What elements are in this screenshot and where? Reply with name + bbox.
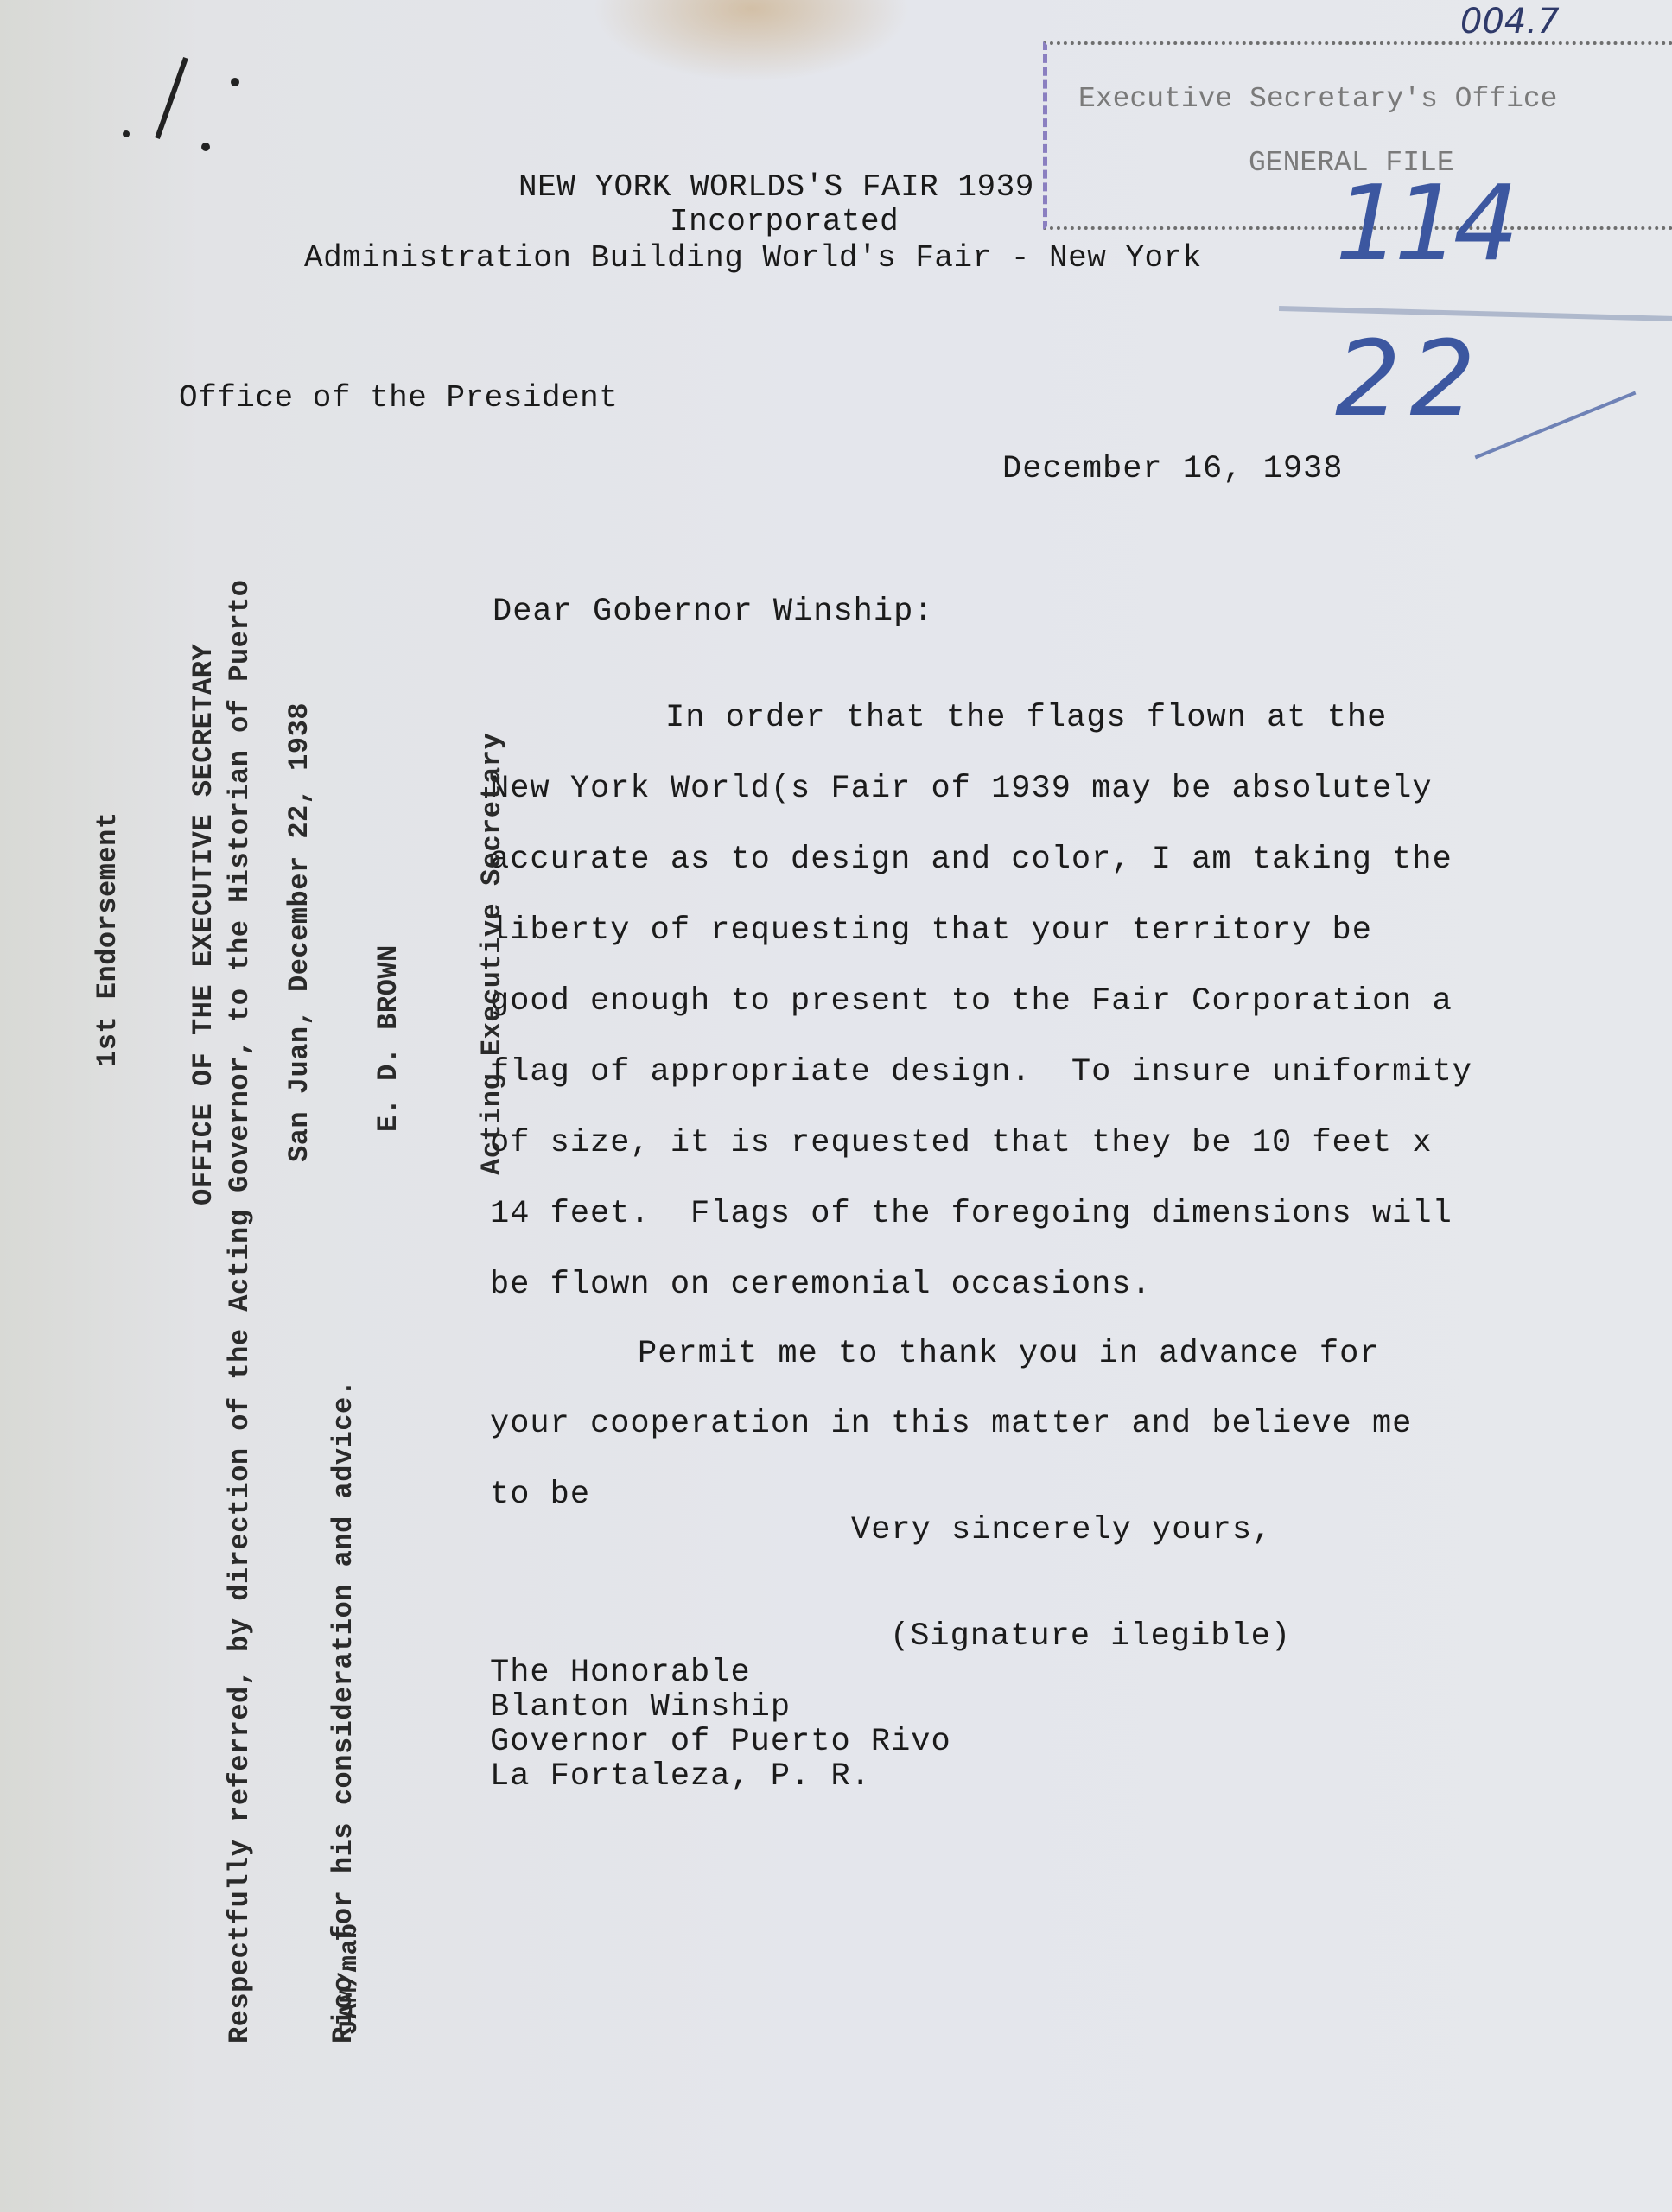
closing-line: Permit me to thank you in advance for bbox=[638, 1336, 1380, 1372]
body-line: flag of appropriate design. To insure un… bbox=[490, 1054, 1472, 1090]
signature: (Signature ilegible) bbox=[890, 1618, 1291, 1655]
signer-wrap: E. D. BROWN Acting Executive Secretary bbox=[302, 733, 544, 1175]
closing-line: to be bbox=[490, 1477, 590, 1513]
body-line: New York World(s Fair of 1939 may be abs… bbox=[490, 771, 1433, 807]
address-line: La Fortaleza, P. R. bbox=[490, 1758, 871, 1795]
signer-title: Acting Executive Secretary bbox=[475, 733, 510, 1175]
stamp-office: Executive Secretary's Office bbox=[1078, 83, 1558, 115]
letterhead-incorporated: Incorporated bbox=[670, 204, 899, 239]
endorsement-title: 1st Endorsement bbox=[92, 644, 124, 1205]
referral-line: Respectfully referred, by direction of t… bbox=[223, 580, 257, 2044]
body-line: liberty of requesting that your territor… bbox=[490, 912, 1372, 949]
valediction: Very sincerely yours, bbox=[851, 1512, 1272, 1548]
body-line: 14 feet. Flags of the foregoing dimensio… bbox=[490, 1196, 1453, 1232]
address-line: Governor of Puerto Rivo bbox=[490, 1724, 951, 1760]
body-line: good enough to present to the Fair Corpo… bbox=[490, 983, 1453, 1020]
letterhead-address: Administration Building World's Fair - N… bbox=[304, 240, 1202, 276]
body-line: In order that the flags flown at the bbox=[665, 700, 1387, 736]
body-line: be flown on ceremonial occasions. bbox=[490, 1267, 1152, 1303]
body-line: accurate as to design and color, I am ta… bbox=[490, 842, 1453, 878]
closing-line: your cooperation in this matter and beli… bbox=[490, 1406, 1412, 1442]
staple-mark-icon bbox=[112, 48, 268, 160]
letterhead-office: Office of the President bbox=[179, 380, 618, 416]
address-line: The Honorable bbox=[490, 1655, 751, 1691]
typist-initials: JAM/mab bbox=[335, 1923, 365, 2035]
signer-name: E. D. BROWN bbox=[372, 733, 406, 1175]
handwritten-number-bottom: 22 bbox=[1335, 320, 1484, 440]
letterhead-title: NEW YORK WORLDS'S FAIR 1939 bbox=[518, 169, 1034, 205]
address-line: Blanton Winship bbox=[490, 1689, 791, 1726]
file-number: 004.7 bbox=[1460, 2, 1560, 41]
body-line: of size, it is requested that they be 10… bbox=[490, 1125, 1433, 1161]
salutation: Dear Gobernor Winship: bbox=[493, 594, 933, 630]
letter-date: December 16, 1938 bbox=[1002, 451, 1343, 487]
handwritten-number-top: 114 bbox=[1335, 164, 1512, 284]
